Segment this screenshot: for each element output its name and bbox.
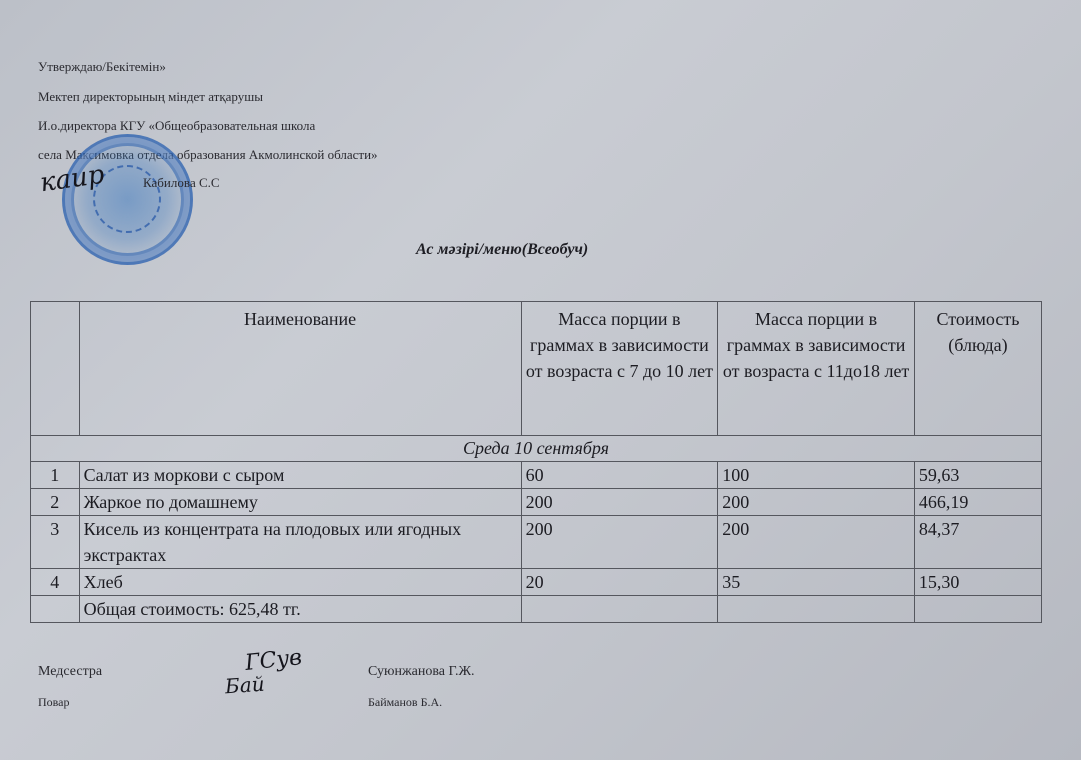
total-empty-2 bbox=[718, 596, 915, 623]
header-cost: Стоимость (блюда) bbox=[914, 302, 1041, 436]
row-cost: 84,37 bbox=[914, 516, 1041, 569]
day-label: Среда 10 сентября bbox=[31, 436, 1042, 462]
row-num: 1 bbox=[31, 462, 80, 489]
row-mass-11-18: 35 bbox=[718, 569, 915, 596]
official-stamp-icon bbox=[62, 134, 193, 265]
approval-signer: Кабиловa С.С bbox=[143, 175, 220, 191]
total-empty-3 bbox=[914, 596, 1041, 623]
cook-label: Повар bbox=[38, 695, 70, 710]
approval-line-3: И.о.директора КГУ «Общеобразовательная ш… bbox=[38, 118, 315, 134]
nurse-name: Суюнжанова Г.Ж. bbox=[368, 664, 475, 680]
cook-name: Байманов Б.А. bbox=[368, 695, 442, 710]
row-num: 3 bbox=[31, 516, 80, 569]
table-header-row: Наименование Масса порции в граммах в за… bbox=[31, 302, 1042, 436]
row-mass-7-10: 200 bbox=[521, 516, 718, 569]
header-mass-7-10: Масса порции в граммах в зависимости от … bbox=[521, 302, 718, 436]
row-name: Кисель из концентрата на плодовых или яг… bbox=[79, 516, 521, 569]
table-row: 3 Кисель из концентрата на плодовых или … bbox=[31, 516, 1042, 569]
table-row: 4 Хлеб 20 35 15,30 bbox=[31, 569, 1042, 596]
row-cost: 15,30 bbox=[914, 569, 1041, 596]
row-name: Хлеб bbox=[79, 569, 521, 596]
header-mass-11-18: Масса порции в граммах в зависимости от … bbox=[718, 302, 915, 436]
row-mass-11-18: 200 bbox=[718, 516, 915, 569]
day-row: Среда 10 сентября bbox=[31, 436, 1042, 462]
row-mass-11-18: 100 bbox=[718, 462, 915, 489]
total-row: Общая стоимость: 625,48 тг. bbox=[31, 596, 1042, 623]
total-num-cell bbox=[31, 596, 80, 623]
row-cost: 466,19 bbox=[914, 489, 1041, 516]
row-num: 4 bbox=[31, 569, 80, 596]
row-cost: 59,63 bbox=[914, 462, 1041, 489]
nurse-signature: ГСув bbox=[244, 645, 303, 676]
header-name: Наименование bbox=[79, 302, 521, 436]
row-num: 2 bbox=[31, 489, 80, 516]
table-row: 2 Жаркое по домашнему 200 200 466,19 bbox=[31, 489, 1042, 516]
row-mass-11-18: 200 bbox=[718, 489, 915, 516]
approval-line-1: Утверждаю/Бекітемін» bbox=[38, 59, 166, 75]
header-num bbox=[31, 302, 80, 436]
table-row: 1 Салат из моркови с сыром 60 100 59,63 bbox=[31, 462, 1042, 489]
menu-table: Наименование Масса порции в граммах в за… bbox=[30, 301, 1042, 623]
row-mass-7-10: 60 bbox=[521, 462, 718, 489]
row-name: Жаркое по домашнему bbox=[79, 489, 521, 516]
page-title: Ас мәзірі/меню(Всеобуч) bbox=[416, 241, 588, 259]
row-mass-7-10: 200 bbox=[521, 489, 718, 516]
total-empty-1 bbox=[521, 596, 718, 623]
cook-signature: Бай bbox=[224, 672, 265, 699]
nurse-label: Медсестра bbox=[38, 664, 102, 680]
row-name: Салат из моркови с сыром bbox=[79, 462, 521, 489]
approval-line-2: Мектеп директорының міндет атқарушы bbox=[38, 89, 263, 105]
row-mass-7-10: 20 bbox=[521, 569, 718, 596]
total-label: Общая стоимость: 625,48 тг. bbox=[79, 596, 521, 623]
